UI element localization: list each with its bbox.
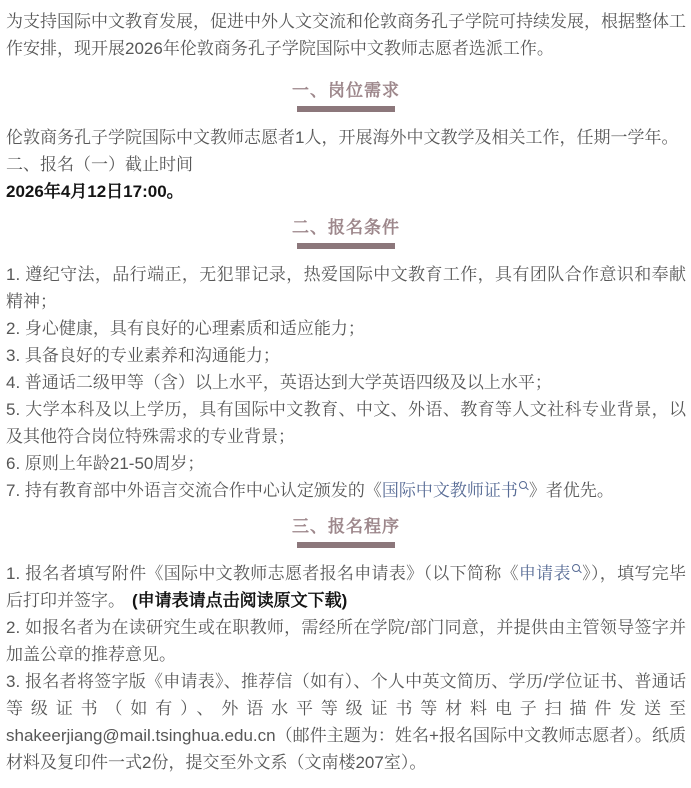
section-2-title: 二、报名条件 bbox=[6, 217, 686, 238]
procedure-item-1: 1. 报名者填写附件《国际中文教师志愿者报名申请表》（以下简称《申请表》），填写… bbox=[6, 560, 686, 614]
heading-underline-1 bbox=[297, 106, 395, 112]
certificate-link-label: 国际中文教师证书 bbox=[382, 481, 518, 500]
procedure-item-3: 3. 报名者将签字版《申请表》、推荐信（如有）、个人中英文简历、学历/学位证书、… bbox=[6, 668, 686, 776]
requirement-item-5: 5. 大学本科及以上学历，具有国际中文教育、中文、外语、教育等人文社科专业背景，… bbox=[6, 396, 686, 450]
section-3-title: 三、报名程序 bbox=[6, 516, 686, 537]
section-heading-2: 二、报名条件 bbox=[6, 217, 686, 249]
requirement-7-suffix: 》者优先。 bbox=[529, 481, 614, 500]
article-body: 为支持国际中文教育发展，促进中外人文交流和伦敦商务孔子学院可持续发展，根据整体工… bbox=[0, 0, 691, 788]
heading-underline-2 bbox=[297, 243, 395, 249]
search-icon bbox=[572, 564, 580, 572]
requirement-item-1: 1. 遵纪守法，品行端正，无犯罪记录，热爱国际中文教育工作，具有团队合作意识和奉… bbox=[6, 261, 686, 315]
procedure-1-prefix: 1. 报名者填写附件《国际中文教师志愿者报名申请表》（以下简称《 bbox=[6, 564, 519, 583]
requirement-item-2: 2. 身心健康，具有良好的心理素质和适应能力； bbox=[6, 315, 686, 342]
procedure-item-2: 2. 如报名者为在读研究生或在职教师，需经所在学院/部门同意，并提供由主管领导签… bbox=[6, 614, 686, 668]
application-form-link-label: 申请表 bbox=[519, 564, 571, 583]
requirement-item-4: 4. 普通话二级甲等（含）以上水平，英语达到大学英语四级及以上水平； bbox=[6, 369, 686, 396]
deadline-label: 二、报名（一）截止时间 bbox=[6, 151, 686, 178]
section-heading-1: 一、岗位需求 bbox=[6, 80, 686, 112]
section-1-title: 一、岗位需求 bbox=[6, 80, 686, 101]
application-form-link[interactable]: 申请表 bbox=[519, 564, 582, 583]
heading-underline-3 bbox=[297, 542, 395, 548]
download-note: (申请表请点击阅读原文下载) bbox=[132, 591, 347, 610]
requirement-item-7: 7. 持有教育部中外语言交流合作中心认定颁发的《国际中文教师证书》者优先。 bbox=[6, 477, 686, 504]
email-text: shakeerjiang@mail.tsinghua.edu.cn bbox=[6, 726, 276, 745]
requirement-item-3: 3. 具备良好的专业素养和沟通能力； bbox=[6, 342, 686, 369]
procedure-3-prefix: 3. 报名者将签字版《申请表》、推荐信（如有）、个人中英文简历、学历/学位证书、… bbox=[6, 672, 686, 718]
requirement-item-6: 6. 原则上年龄21-50周岁； bbox=[6, 450, 686, 477]
requirement-7-prefix: 7. 持有教育部中外语言交流合作中心认定颁发的《 bbox=[6, 481, 382, 500]
position-paragraph: 伦敦商务孔子学院国际中文教师志愿者1人，开展海外中文教学及相关工作，任期一学年。 bbox=[6, 124, 686, 151]
intro-paragraph: 为支持国际中文教育发展，促进中外人文交流和伦敦商务孔子学院可持续发展，根据整体工… bbox=[6, 8, 686, 62]
deadline-value: 2026年4月12日17:00。 bbox=[6, 178, 686, 205]
search-icon bbox=[519, 481, 527, 489]
certificate-link[interactable]: 国际中文教师证书 bbox=[382, 481, 529, 500]
section-heading-3: 三、报名程序 bbox=[6, 516, 686, 548]
